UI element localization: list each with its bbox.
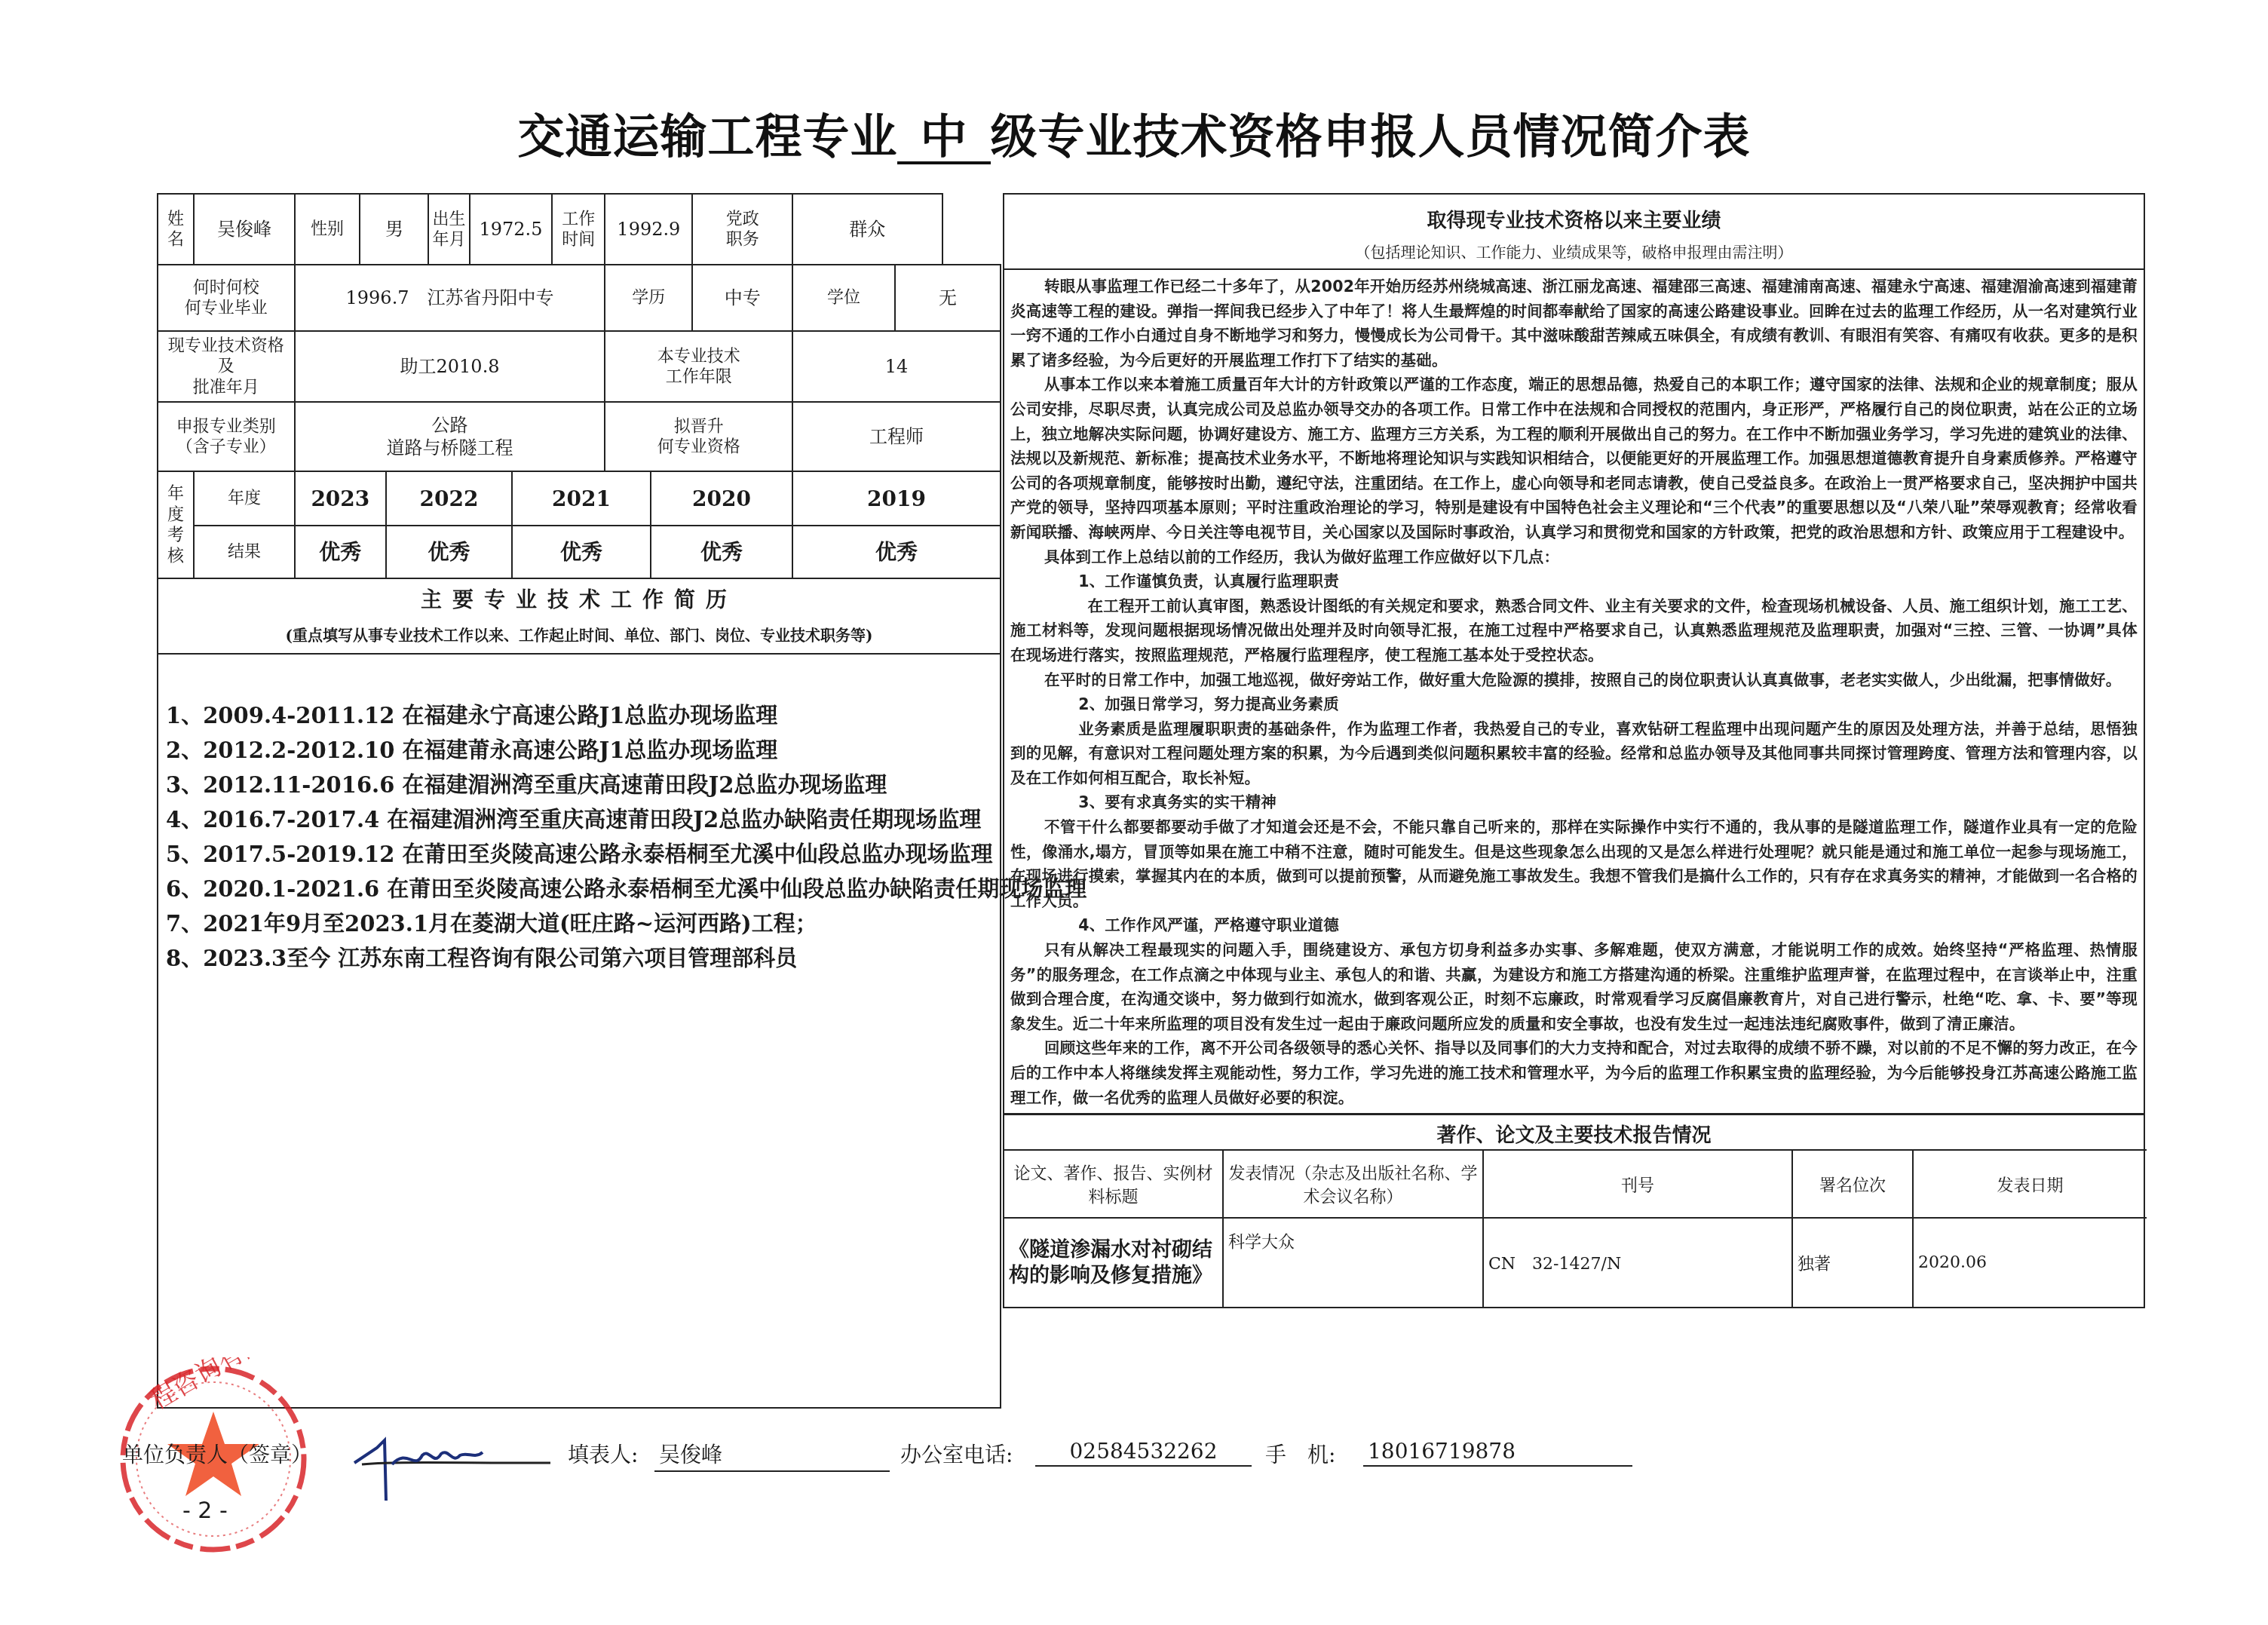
school-value: 1996.7 江苏省丹阳中专 [295,265,605,331]
achievement-paragraph: 3、要有求真务实的实干精神 [1010,790,2138,815]
office-phone-value: 02584532262 [1035,1439,1252,1467]
category-value: 公路 道路与桥隧工程 [295,402,605,471]
work-start-label: 工作 时间 [552,194,605,265]
history-item: 5、2017.5-2019.12 在莆田至炎陵高速公路永泰梧桐至尤溪中仙段总监办… [166,837,1000,872]
current-title-label: 现专业技术资格及 批准年月 [158,331,295,402]
mobile-value: 18016719878 [1363,1439,1632,1467]
left-panel: 姓名 吴俊峰 性别 男 出生 年月 1972.5 工作 时间 1992.9 党政… [157,193,1001,1400]
publications-table: 论文、著作、报告、实例材料标题发表情况（杂志及出版社名称、学术会议名称）刊号署名… [1004,1149,2147,1307]
assessment-result-1: 优秀 [386,526,512,578]
basic-info-table: 姓名 吴俊峰 性别 男 出生 年月 1972.5 工作 时间 1992.9 党政… [157,193,1001,655]
page-number: - 2 - [182,1498,228,1524]
filler-value: 吴俊峰 [654,1439,890,1472]
assessment-year-1: 2022 [386,471,512,526]
title-prefix: 交通运输工程专业 [517,109,897,164]
degree-label: 学位 [792,265,895,331]
party-value: 群众 [792,194,942,265]
degree-value: 无 [895,265,1001,331]
achievement-paragraph: 业务素质是监理履职职责的基础条件，作为监理工作者，我热爱自己的专业，喜欢钻研工程… [1010,717,2138,791]
form-title: 交通运输工程专业中级专业技术资格申报人员情况简介表 [0,100,2268,167]
achievement-paragraph: 转眼从事监理工作已经二十多年了，从2002年开始历经苏州绕城高速、浙江丽龙高速、… [1010,274,2138,373]
achievement-paragraph: 只有从解决工程最现实的问题入手，围绕建设方、承包方切身利益多办实事、多解难题，使… [1010,938,2138,1036]
years-value: 14 [792,331,1001,402]
publication-rank: 独著 [1792,1218,1913,1307]
education-value: 中专 [692,265,792,331]
history-item: 2、2012.2-2012.10 在福建莆永高速公路J1总监办现场监理 [166,733,1000,768]
publications-header-4: 发表日期 [1913,1150,2147,1218]
year-label: 年度 [194,471,295,526]
right-panel: 取得现专业技术资格以来主要业绩 （包括理论知识、工作能力、业绩成果等，破格申报理… [1003,193,2145,1308]
school-label: 何时何校 何专业毕业 [158,265,295,331]
achievement-paragraph: 具体到工作上总结以前的工作经历，我认为做好监理工作应做好以下几点： [1010,545,2138,570]
history-item: 6、2020.1-2021.6 在莆田至炎陵高速公路永泰梧桐至尤溪中仙段总监办缺… [166,872,1000,906]
publications-header-3: 署名位次 [1792,1150,1913,1218]
assessment-result-0: 优秀 [295,526,386,578]
work-start-value: 1992.9 [605,194,692,265]
category-label: 申报专业类别 （含子专业） [158,402,295,471]
achievements-subtitle: （包括理论知识、工作能力、业绩成果等，破格申报理由需注明） [1004,241,2144,262]
assessment-year-0: 2023 [295,471,386,526]
result-label: 结果 [194,526,295,578]
assessment-result-4: 优秀 [792,526,1001,578]
assessment-result-2: 优秀 [512,526,651,578]
achievement-paragraph: 2、加强日常学习，努力提高业务素质 [1010,692,2138,717]
publication-date: 2020.06 [1913,1218,2147,1307]
name-value: 吴俊峰 [194,194,295,265]
assessment-result-3: 优秀 [651,526,792,578]
history-item: 3、2012.11-2016.6 在福建湄洲湾至重庆高速莆田段J2总监办现场监理 [166,768,1000,802]
office-phone-label: 办公室电话: [900,1439,1013,1469]
history-item: 1、2009.4-2011.12 在福建永宁高速公路J1总监办现场监理 [166,698,1000,733]
name-label: 姓名 [158,194,194,265]
achievements-body: 转眼从事监理工作已经二十多年了，从2002年开始历经苏州绕城高速、浙江丽龙高速、… [1004,270,2144,1113]
history-item: 8、2023.3至今 江苏东南工程咨询有限公司第六项目管理部科员 [166,941,1000,976]
history-title: 主要专业技术工作简历 [161,587,997,613]
mobile-label: 手 机: [1265,1439,1335,1469]
assessment-year-3: 2020 [651,471,792,526]
birth-label: 出生 年月 [428,194,469,265]
target-value: 工程师 [792,402,1001,471]
education-label: 学历 [605,265,692,331]
filler-label: 填表人: [568,1439,638,1469]
publication-issn: CN 32-1427/N [1483,1218,1792,1307]
target-label: 拟晋升 何专业资格 [605,402,792,471]
publications-header-2: 刊号 [1483,1150,1792,1218]
assessment-year-4: 2019 [792,471,1001,526]
publication-title: 《隧道渗漏水对衬砌结构的影响及修复措施》 [1004,1218,1223,1307]
achievements-title: 取得现专业技术资格以来主要业绩 [1004,205,2144,233]
history-header: 主要专业技术工作简历 (重点填写从事专业技术工作以来、工作起止时间、单位、部门、… [158,578,1001,654]
publications-title: 著作、论文及主要技术报告情况 [1004,1113,2144,1149]
assessment-label: 年度 考核 [158,471,194,578]
publications-header-1: 发表情况（杂志及出版社名称、学术会议名称） [1223,1150,1483,1218]
svg-text:程咨询有限: 程咨询有限 [146,1357,271,1416]
party-label: 党政 职务 [692,194,792,265]
history-subtitle: (重点填写从事专业技术工作以来、工作起止时间、单位、部门、岗位、专业技术职务等) [161,627,997,645]
achievement-paragraph: 4、工作作风严谨，严格遵守职业道德 [1010,913,2138,938]
leader-signature-label: 单位负责人（签章） [122,1439,312,1469]
assessment-year-2: 2021 [512,471,651,526]
achievement-paragraph: 在工程开工前认真审图，熟悉设计图纸的有关规定和要求，熟悉合同文件、业主有关要求的… [1010,594,2138,668]
gender-label: 性别 [295,194,360,265]
achievement-paragraph: 不管干什么都要都要动手做了才知道会还是不会，不能只靠自己听来的，那样在实际操作中… [1010,815,2138,913]
publication-venue: 科学大众 [1223,1218,1483,1307]
history-item: 7、2021年9月至2023.1月在菱湖大道(旺庄路~运河西路)工程； [166,906,1000,941]
gender-value: 男 [360,194,428,265]
achievements-header: 取得现专业技术资格以来主要业绩 （包括理论知识、工作能力、业绩成果等，破格申报理… [1004,195,2144,270]
achievement-paragraph: 1、工作谨慎负责，认真履行监理职责 [1010,569,2138,594]
birth-value: 1972.5 [470,194,553,265]
achievement-paragraph: 回顾这些年来的工作，离不开公司各级领导的悉心关怀、指导以及同事们的大力支持和配合… [1010,1036,2138,1110]
title-suffix: 级专业技术资格申报人员情况简介表 [991,109,1751,164]
achievement-paragraph: 从事本工作以来本着施工质量百年大计的方针政策以严谨的工作态度，端正的思想品德，热… [1010,373,2138,544]
publication-row: 《隧道渗漏水对衬砌结构的影响及修复措施》科学大众CN 32-1427/N独著20… [1004,1218,2147,1307]
years-label: 本专业技术 工作年限 [605,331,792,402]
publications-header-0: 论文、著作、报告、实例材料标题 [1004,1150,1223,1218]
current-title-value: 助工2010.8 [295,331,605,402]
title-level: 中 [897,112,990,164]
form-footer: 单位负责人（签章） 填表人: 吴俊峰 办公室电话: 02584532262 手 … [112,1433,2147,1478]
history-item: 4、2016.7-2017.4 在福建湄洲湾至重庆高速莆田段J2总监办缺陷责任期… [166,802,1000,837]
history-list: 1、2009.4-2011.12 在福建永宁高速公路J1总监办现场监理2、201… [157,655,1001,1409]
achievement-paragraph: 在平时的日常工作中，加强工地巡视，做好旁站工作，做好重大危险源的摸排，按照自己的… [1010,668,2138,693]
